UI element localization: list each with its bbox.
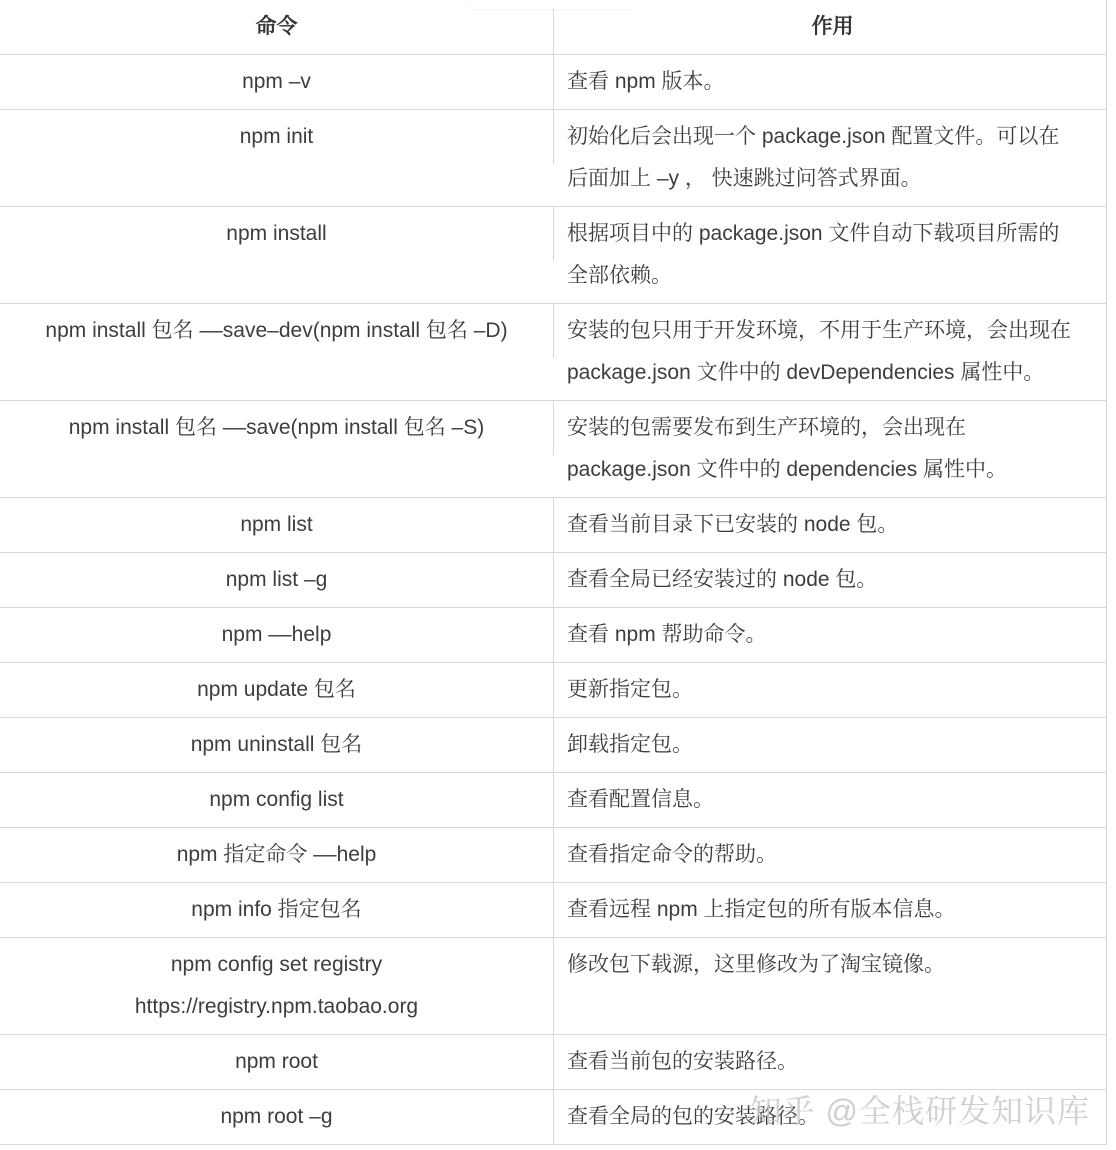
table-row: npm 指定命令 ––help 查看指定命令的帮助。: [0, 828, 1106, 883]
command-cell: npm list: [0, 498, 554, 552]
command-cell: npm –v: [0, 55, 554, 109]
table-row: npm root 查看当前包的安装路径。: [0, 1035, 1106, 1090]
command-cell: npm config list: [0, 773, 554, 827]
command-cell: npm list –g: [0, 553, 554, 607]
effect-cell: 查看 npm 版本。: [554, 55, 1106, 109]
effect-cell: 查看全局的包的安装路径。: [554, 1090, 1106, 1144]
effect-cell: 修改包下载源，这里修改为了淘宝镜像。: [554, 938, 1106, 992]
effect-cell: 查看 npm 帮助命令。: [554, 608, 1106, 662]
effect-cell: 安装的包需要发布到生产环境的，会出现在 package.json 文件中的 de…: [554, 401, 1106, 497]
effect-cell: 查看配置信息。: [554, 773, 1106, 827]
table-row: npm list 查看当前目录下已安装的 node 包。: [0, 498, 1106, 553]
command-cell: npm ––help: [0, 608, 554, 662]
table-row: npm uninstall 包名 卸载指定包。: [0, 718, 1106, 773]
effect-cell: 卸载指定包。: [554, 718, 1106, 772]
table-row: npm config list 查看配置信息。: [0, 773, 1106, 828]
table-row: npm root –g 查看全局的包的安装路径。: [0, 1090, 1106, 1145]
table-row: npm install 包名 ––save(npm install 包名 –S)…: [0, 401, 1106, 498]
command-cell: npm root –g: [0, 1090, 554, 1144]
effect-cell: 查看当前包的安装路径。: [554, 1035, 1106, 1089]
table-row: npm info 指定包名 查看远程 npm 上指定包的所有版本信息。: [0, 883, 1106, 938]
command-cell: npm init: [0, 110, 554, 164]
table-row: npm config set registry https://registry…: [0, 938, 1106, 1035]
npm-commands-table: 命令 作用 npm –v 查看 npm 版本。 npm init 初始化后会出现…: [0, 0, 1107, 1145]
command-cell: npm install: [0, 207, 554, 261]
column-header-effect: 作用: [554, 0, 1106, 54]
effect-cell: 安装的包只用于开发环境，不用于生产环境，会出现在 package.json 文件…: [554, 304, 1106, 400]
command-cell: npm config set registry https://registry…: [0, 938, 554, 1034]
effect-cell: 查看当前目录下已安装的 node 包。: [554, 498, 1106, 552]
table-row: npm list –g 查看全局已经安装过的 node 包。: [0, 553, 1106, 608]
table-row: npm init 初始化后会出现一个 package.json 配置文件。可以在…: [0, 110, 1106, 207]
table-body: npm –v 查看 npm 版本。 npm init 初始化后会出现一个 pac…: [0, 55, 1106, 1145]
command-cell: npm root: [0, 1035, 554, 1089]
command-cell: npm install 包名 ––save–dev(npm install 包名…: [0, 304, 554, 358]
effect-cell: 查看远程 npm 上指定包的所有版本信息。: [554, 883, 1106, 937]
effect-cell: 查看指定命令的帮助。: [554, 828, 1106, 882]
command-cell: npm uninstall 包名: [0, 718, 554, 772]
table-row: npm –v 查看 npm 版本。: [0, 55, 1106, 110]
effect-cell: 查看全局已经安装过的 node 包。: [554, 553, 1106, 607]
table-row: npm ––help 查看 npm 帮助命令。: [0, 608, 1106, 663]
command-cell: npm info 指定包名: [0, 883, 554, 937]
command-cell: npm install 包名 ––save(npm install 包名 –S): [0, 401, 554, 455]
table-row: npm install 包名 ––save–dev(npm install 包名…: [0, 304, 1106, 401]
table-row: npm install 根据项目中的 package.json 文件自动下载项目…: [0, 207, 1106, 304]
effect-cell: 更新指定包。: [554, 663, 1106, 717]
effect-cell: 根据项目中的 package.json 文件自动下载项目所需的 全部依赖。: [554, 207, 1106, 303]
command-cell: npm 指定命令 ––help: [0, 828, 554, 882]
effect-cell: 初始化后会出现一个 package.json 配置文件。可以在 后面加上 –y …: [554, 110, 1106, 206]
command-cell: npm update 包名: [0, 663, 554, 717]
table-row: npm update 包名 更新指定包。: [0, 663, 1106, 718]
screenshot-top-artifact: [470, 0, 633, 9]
